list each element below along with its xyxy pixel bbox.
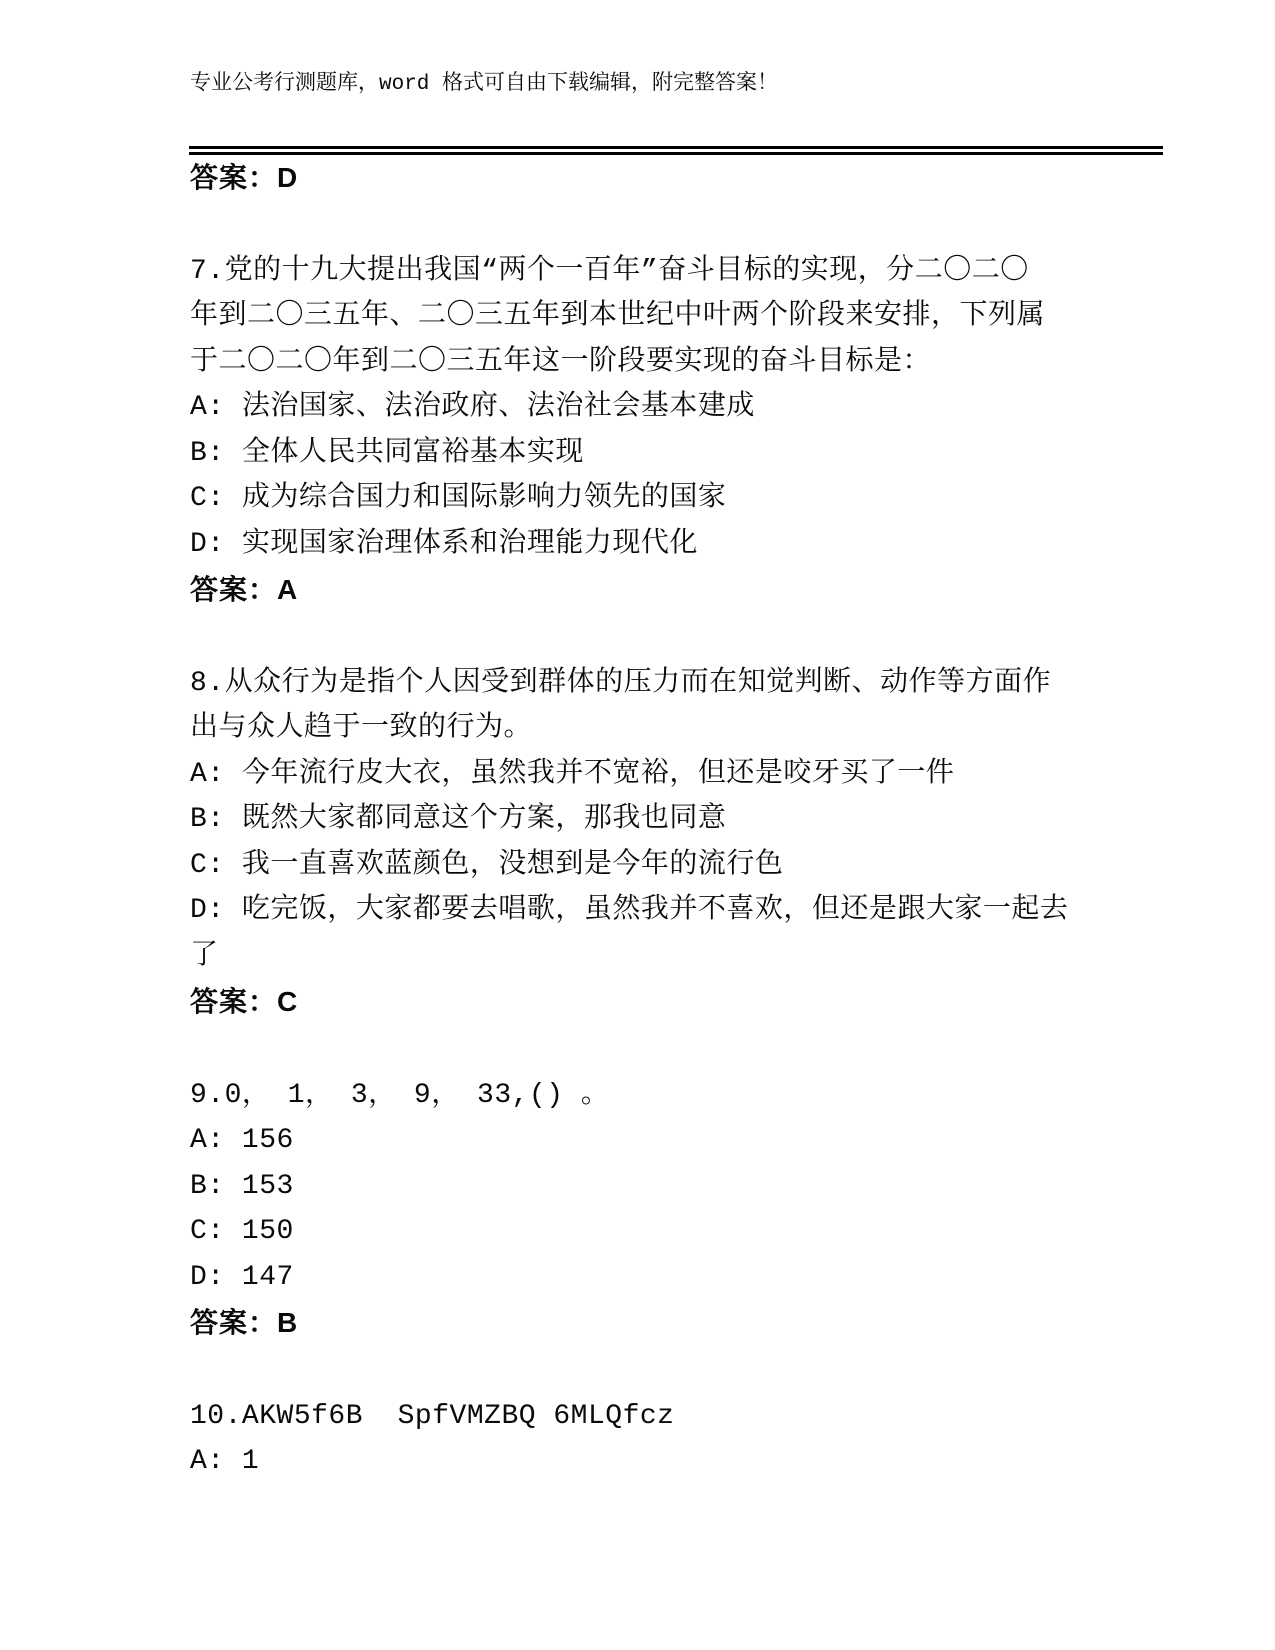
option-line-a: A: 1	[190, 1439, 1165, 1485]
blank-gap	[190, 201, 1165, 249]
blank-gap	[190, 1025, 1165, 1073]
option-line-b: B: 既然大家都同意这个方案，那我也同意	[190, 797, 1165, 843]
answer-line-q7: 答案：A	[190, 567, 1165, 613]
answer-line-q8: 答案：C	[190, 979, 1165, 1025]
question-8: 8.从众行为是指个人因受到群体的压力而在知觉判断、动作等方面作 出与众人趋于一致…	[190, 661, 1165, 1025]
answer-line-q9: 答案：B	[190, 1300, 1165, 1346]
question-stem-line: 出与众人趋于一致的行为。	[190, 706, 1165, 752]
option-line-d: D: 实现国家治理体系和治理能力现代化	[190, 522, 1165, 568]
question-stem-line: 7.党的十九大提出我国“两个一百年”奋斗目标的实现，分二〇二〇	[190, 249, 1165, 295]
header-divider-double-line	[189, 146, 1163, 155]
question-stem-line: 于二〇二〇年到二〇三五年这一阶段要实现的奋斗目标是：	[190, 340, 1165, 386]
option-line-a: A: 法治国家、法治政府、法治社会基本建成	[190, 385, 1165, 431]
option-line-c: C: 150	[190, 1209, 1165, 1255]
option-line-d: D: 吃完饭，大家都要去唱歌，虽然我并不喜欢，但还是跟大家一起去	[190, 888, 1165, 934]
option-line-d: D: 147	[190, 1255, 1165, 1301]
blank-gap	[190, 613, 1165, 661]
option-line-d-wrap: 了	[190, 934, 1165, 980]
page-header-text: 专业公考行测题库，word 格式可自由下载编辑，附完整答案！	[190, 72, 1165, 98]
question-stem-line: 8.从众行为是指个人因受到群体的压力而在知觉判断、动作等方面作	[190, 661, 1165, 707]
document-content: 答案：D 7.党的十九大提出我国“两个一百年”奋斗目标的实现，分二〇二〇 年到二…	[190, 155, 1165, 1485]
question-stem-line: 9.0， 1， 3， 9， 33,() 。	[190, 1073, 1165, 1119]
question-9: 9.0， 1， 3， 9， 33,() 。 A: 156 B: 153 C: 1…	[190, 1073, 1165, 1346]
option-line-b: B: 153	[190, 1164, 1165, 1210]
question-7: 7.党的十九大提出我国“两个一百年”奋斗目标的实现，分二〇二〇 年到二〇三五年、…	[190, 249, 1165, 613]
question-stem-line: 10.AKW5f6B SpfVMZBQ 6MLQfcz	[190, 1394, 1165, 1440]
option-line-a: A: 今年流行皮大衣，虽然我并不宽裕，但还是咬牙买了一件	[190, 752, 1165, 798]
option-line-c: C: 成为综合国力和国际影响力领先的国家	[190, 476, 1165, 522]
document-page: 专业公考行测题库，word 格式可自由下载编辑，附完整答案！ 答案：D 7.党的…	[0, 0, 1275, 1650]
question-10: 10.AKW5f6B SpfVMZBQ 6MLQfcz A: 1	[190, 1394, 1165, 1485]
question-stem-line: 年到二〇三五年、二〇三五年到本世纪中叶两个阶段来安排，下列属	[190, 294, 1165, 340]
blank-gap	[190, 1346, 1165, 1394]
option-line-a: A: 156	[190, 1118, 1165, 1164]
option-line-b: B: 全体人民共同富裕基本实现	[190, 431, 1165, 477]
option-line-c: C: 我一直喜欢蓝颜色，没想到是今年的流行色	[190, 843, 1165, 889]
answer-line-q6: 答案：D	[190, 155, 1165, 201]
